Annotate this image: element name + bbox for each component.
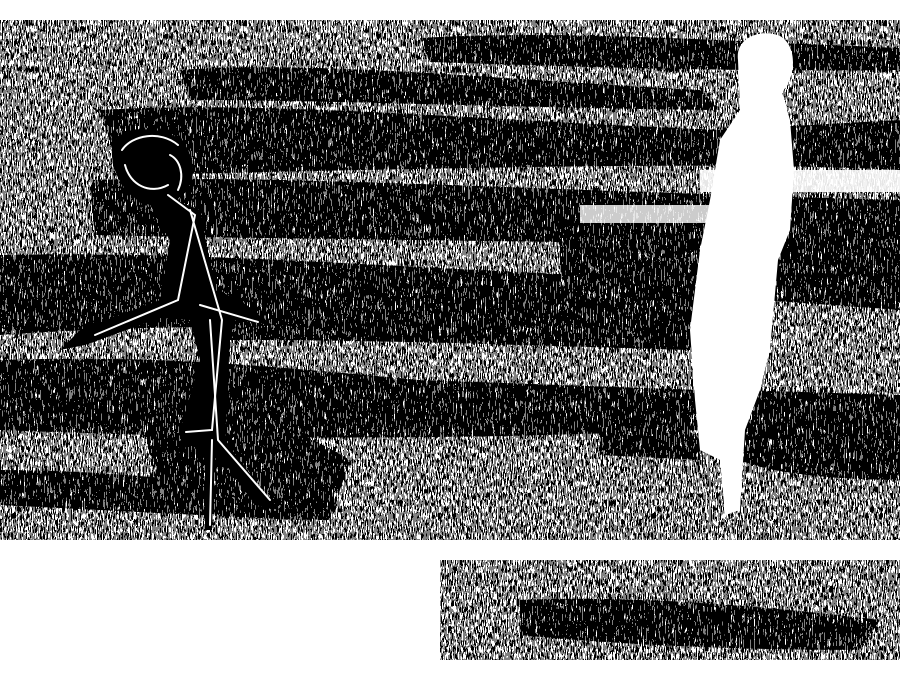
artwork-canvas bbox=[0, 0, 900, 675]
charcoal-drawing bbox=[0, 0, 900, 675]
